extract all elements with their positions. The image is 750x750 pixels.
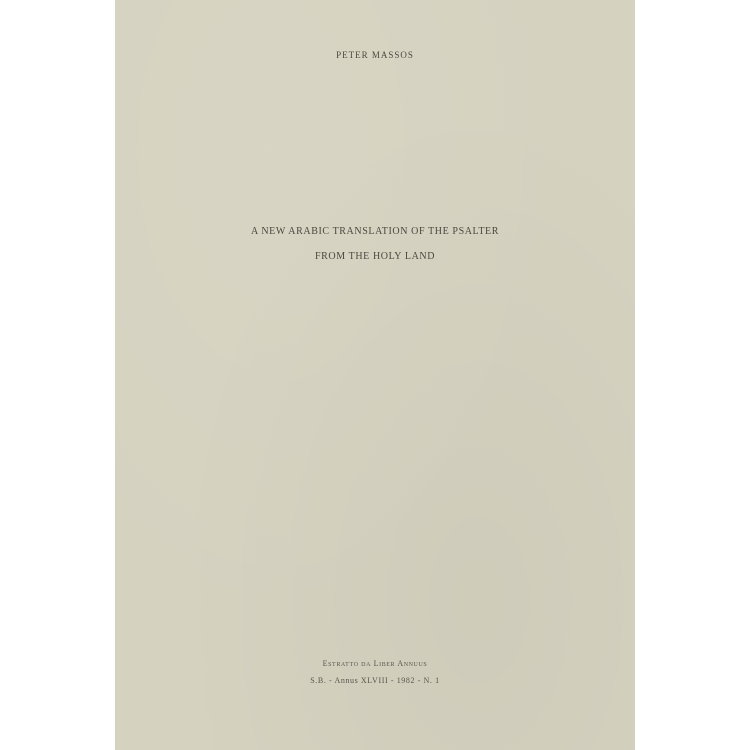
imprint-source: Estratto da Liber Annuus [115,655,635,672]
book-cover: PETER MASSOS A NEW ARABIC TRANSLATION OF… [115,0,635,750]
author-name: PETER MASSOS [115,50,635,60]
imprint-volume: S.B. - Annus XLVIII - 1982 - N. 1 [115,672,635,689]
title-line-2: FROM THE HOLY LAND [115,244,635,269]
title-line-1: A NEW ARABIC TRANSLATION OF THE PSALTER [115,219,635,244]
book-title: A NEW ARABIC TRANSLATION OF THE PSALTER … [115,219,635,269]
publication-imprint: Estratto da Liber Annuus S.B. - Annus XL… [115,655,635,689]
